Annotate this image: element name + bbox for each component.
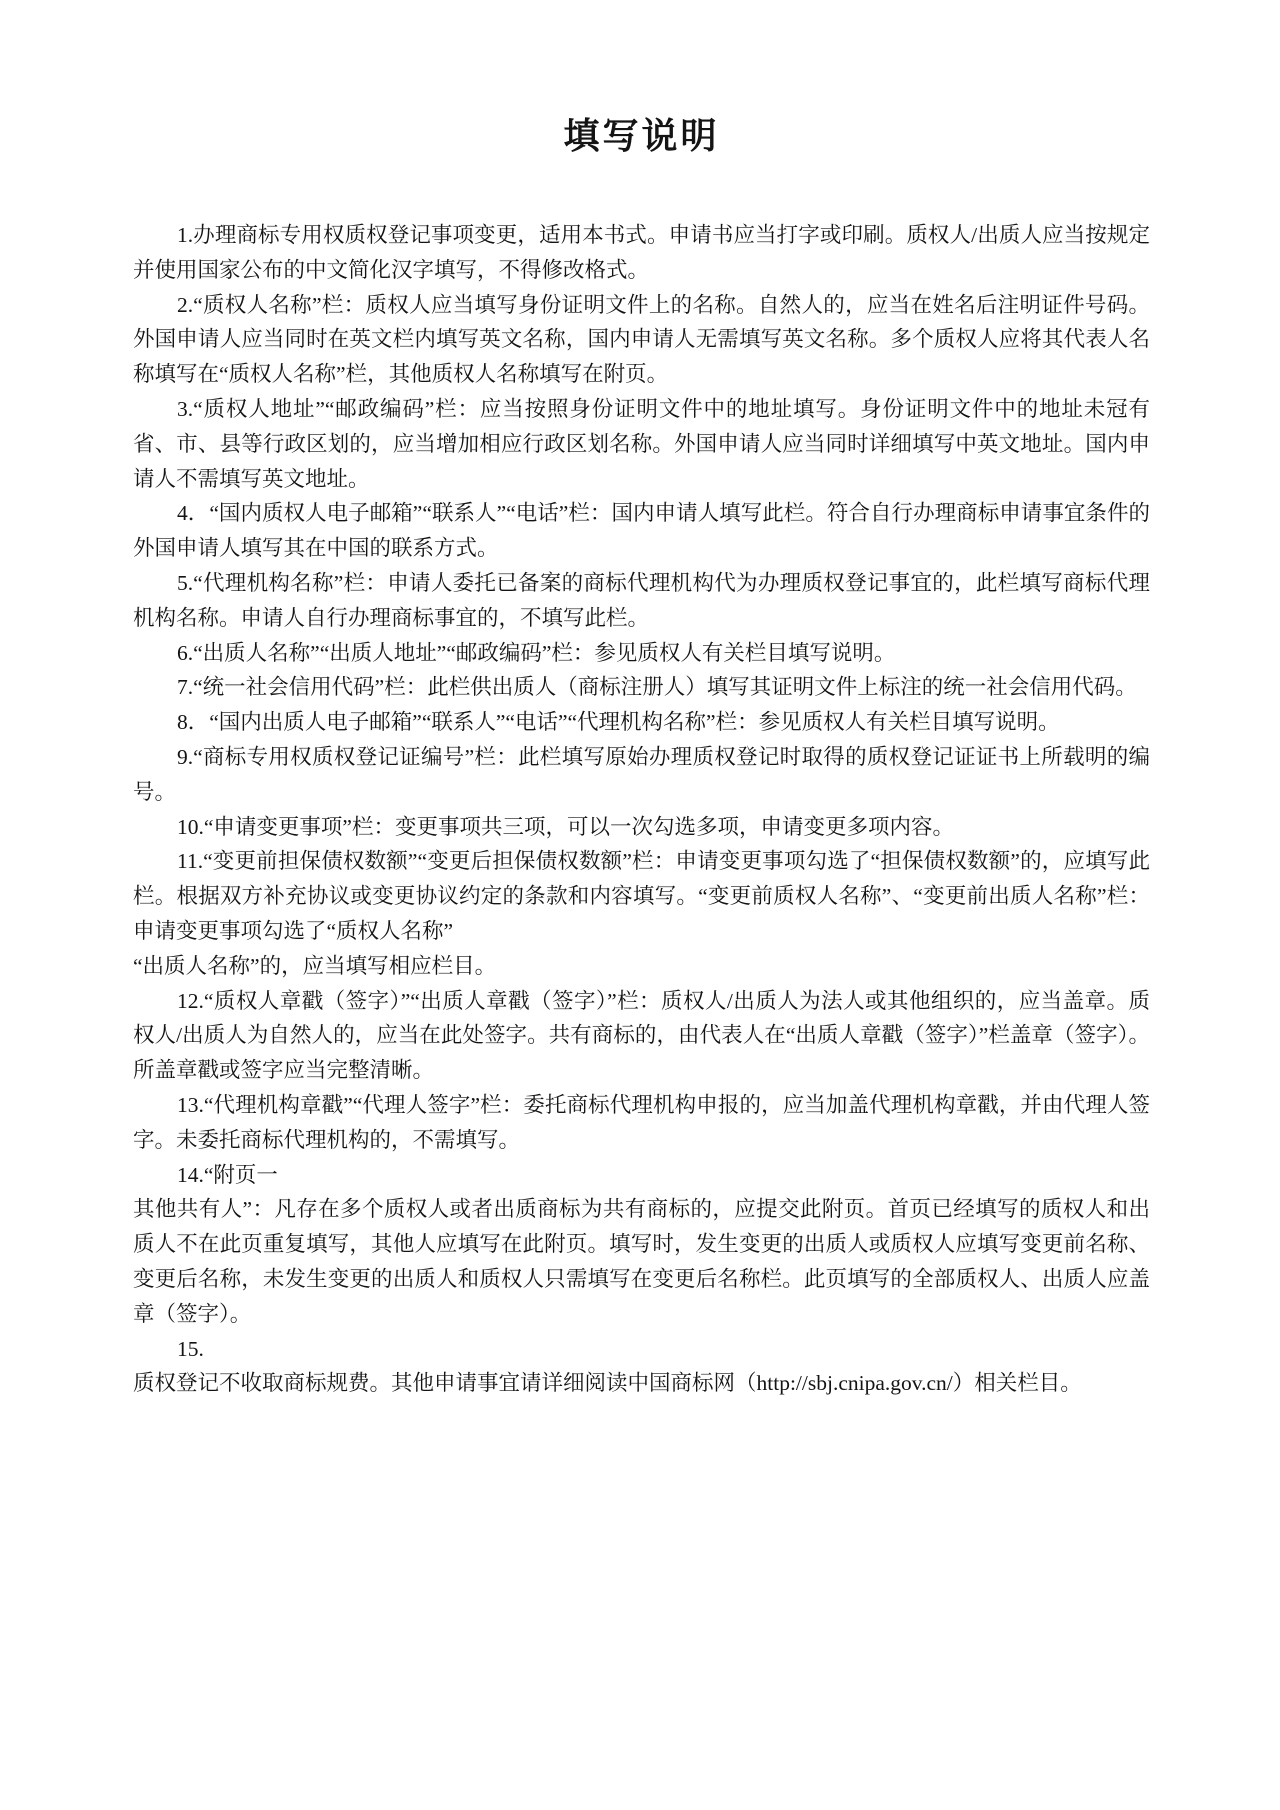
instruction-item-8: 8．“国内出质人电子邮箱”“联系人”“电话”“代理机构名称”栏：参见质权人有关栏… (133, 705, 1150, 740)
instruction-item-12: 12.“质权人章戳（签字）”“出质人章戳（签字）”栏：质权人/出质人为法人或其他… (133, 984, 1150, 1088)
instruction-item-14: 14.“附页一 其他共有人”：凡存在多个质权人或者出质商标为共有商标的，应提交此… (133, 1158, 1150, 1332)
instruction-item-5: 5.“代理机构名称”栏：申请人委托已备案的商标代理机构代为办理质权登记事宜的，此… (133, 566, 1150, 636)
instruction-item-11: 11.“变更前担保债权数额”“变更后担保债权数额”栏：申请变更事项勾选了“担保债… (133, 844, 1150, 983)
instruction-item-9: 9.“商标专用权质权登记证编号”栏：此栏填写原始办理质权登记时取得的质权登记证证… (133, 740, 1150, 810)
instruction-item-6: 6.“出质人名称”“出质人地址”“邮政编码”栏：参见质权人有关栏目填写说明。 (133, 636, 1150, 671)
instruction-item-10: 10.“申请变更事项”栏：变更事项共三项，可以一次勾选多项，申请变更多项内容。 (133, 810, 1150, 845)
instruction-item-7: 7.“统一社会信用代码”栏：此栏供出质人（商标注册人）填写其证明文件上标注的统一… (133, 670, 1150, 705)
instruction-item-2: 2.“质权人名称”栏：质权人应当填写身份证明文件上的名称。自然人的，应当在姓名后… (133, 288, 1150, 392)
document-title: 填写说明 (133, 112, 1150, 160)
instruction-item-1: 1.办理商标专用权质权登记事项变更，适用本书式。申请书应当打字或印刷。质权人/出… (133, 218, 1150, 288)
instruction-item-15: 15. 质权登记不收取商标规费。其他申请事宜请详细阅读中国商标网（http://… (133, 1332, 1150, 1402)
instruction-document-page: 填写说明 1.办理商标专用权质权登记事项变更，适用本书式。申请书应当打字或印刷。… (0, 0, 1280, 1810)
instruction-item-4: 4．“国内质权人电子邮箱”“联系人”“电话”栏：国内申请人填写此栏。符合自行办理… (133, 496, 1150, 566)
instruction-item-3: 3.“质权人地址”“邮政编码”栏：应当按照身份证明文件中的地址填写。身份证明文件… (133, 392, 1150, 496)
instruction-item-13: 13.“代理机构章戳”“代理人签字”栏：委托商标代理机构申报的，应当加盖代理机构… (133, 1088, 1150, 1158)
